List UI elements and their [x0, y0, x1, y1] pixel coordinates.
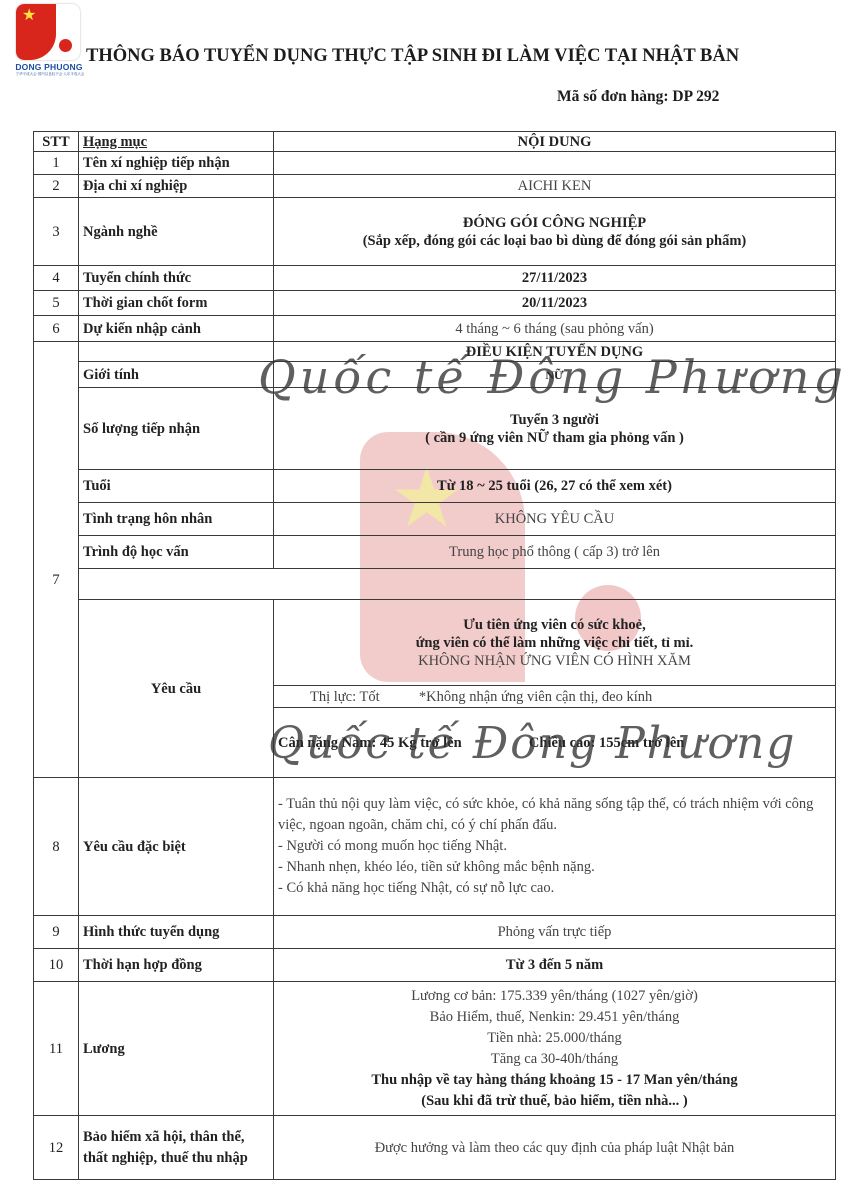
table-row: 3 Ngành nghề ĐÓNG GÓI CÔNG NGHIỆP (Sắp x… — [34, 198, 836, 266]
row-stt: 3 — [34, 198, 79, 266]
empty-cell — [79, 342, 274, 362]
header-stt: STT — [34, 132, 79, 152]
table-row: Tuổi Từ 18 ~ 25 tuổi (26, 27 có thể xem … — [34, 470, 836, 503]
row-category: Giới tính — [79, 362, 274, 388]
net-income: Thu nhập về tay hàng tháng khoảng 15 - 1… — [278, 1070, 831, 1091]
table-row: 6 Dự kiến nhập cảnh 4 tháng ~ 6 tháng (s… — [34, 316, 836, 342]
table-row: Trình độ học vấn Trung học phổ thông ( c… — [34, 536, 836, 569]
table-row: 2 Địa chỉ xí nghiệp AICHI KEN — [34, 175, 836, 198]
row-category: Yêu cầu — [79, 600, 274, 778]
marital-value: KHÔNG YÊU CẦU — [274, 503, 836, 536]
dot-icon — [59, 39, 72, 52]
row-category: Dự kiến nhập cảnh — [79, 316, 274, 342]
row-stt: 10 — [34, 949, 79, 982]
conditions-title: ĐIỀU KIỆN TUYỂN DỤNG — [274, 342, 836, 362]
special-line: - Tuân thủ nội quy làm việc, có sức khỏe… — [278, 794, 815, 836]
contract-value: Từ 3 đến 5 năm — [274, 949, 836, 982]
education-value: Trung học phổ thông ( cấp 3) trở lên — [274, 536, 836, 569]
table-row: 5 Thời gian chốt form 20/11/2023 — [34, 291, 836, 316]
row-content: AICHI KEN — [274, 175, 836, 198]
row-content — [274, 152, 836, 175]
salary-value: Lương cơ bản: 175.339 yên/tháng (1027 yê… — [274, 982, 836, 1116]
row-category: Bảo hiểm xã hội, thân thể, thất nghiệp, … — [79, 1116, 274, 1180]
row-content: 27/11/2023 — [274, 266, 836, 291]
star-icon: ★ — [22, 8, 36, 24]
row-stt: 4 — [34, 266, 79, 291]
row-category: Hình thức tuyển dụng — [79, 916, 274, 949]
table-row: 10 Thời hạn hợp đồng Từ 3 đến 5 năm — [34, 949, 836, 982]
quantity-note: ( cần 9 ứng viên NỮ tham gia phỏng vấn ) — [278, 429, 831, 447]
quantity-line: Tuyển 3 người — [278, 411, 831, 429]
net-income-note: (Sau khi đã trừ thuế, bảo hiểm, tiền nhà… — [278, 1091, 831, 1112]
row-category: Tuổi — [79, 470, 274, 503]
row-category: Tuyển chính thức — [79, 266, 274, 291]
conditions-title-row: 7 ĐIỀU KIỆN TUYỂN DỤNG — [34, 342, 836, 362]
table-row: 4 Tuyển chính thức 27/11/2023 — [34, 266, 836, 291]
table-row-empty — [34, 569, 836, 600]
requirement-line: KHÔNG NHẬN ỨNG VIÊN CÓ HÌNH XĂM — [278, 652, 831, 670]
special-line: - Người có mong muốn học tiếng Nhật. — [278, 836, 815, 857]
age-range: Từ 18 ~ 25 tuổi — [437, 478, 531, 494]
special-line: - Nhanh nhẹn, khéo léo, tiền sử không mắ… — [278, 857, 815, 878]
age-value: Từ 18 ~ 25 tuổi (26, 27 có thể xem xét) — [274, 470, 836, 503]
table-row: 9 Hình thức tuyển dụng Phỏng vấn trực ti… — [34, 916, 836, 949]
header-category: Hạng mục — [79, 132, 274, 152]
logo-name: DONG PHUONG — [14, 62, 84, 72]
row-stt: 9 — [34, 916, 79, 949]
weight-value: Cân nặng Nam: 45 Kg trở lên — [278, 735, 462, 751]
vision-note: *Không nhận ứng viên cận thị, đeo kính — [419, 689, 652, 705]
gender-value: NỮ — [274, 362, 836, 388]
table-row: 1 Tên xí nghiệp tiếp nhận — [34, 152, 836, 175]
row-category: Yêu cầu đặc biệt — [79, 778, 274, 916]
vision-label: Thị lực: Tốt — [310, 689, 380, 705]
row-content: ĐÓNG GÓI CÔNG NGHIỆP (Sắp xếp, đóng gói … — [274, 198, 836, 266]
row-content: 20/11/2023 — [274, 291, 836, 316]
table-row: 11 Lương Lương cơ bản: 175.339 yên/tháng… — [34, 982, 836, 1116]
row-category: Tình trạng hôn nhân — [79, 503, 274, 536]
row-content: 4 tháng ~ 6 tháng (sau phỏng vấn) — [274, 316, 836, 342]
empty-cell — [79, 569, 836, 600]
row-stt: 6 — [34, 316, 79, 342]
table-row: Số lượng tiếp nhận Tuyển 3 người ( cần 9… — [34, 388, 836, 470]
requirement-line: Ưu tiên ứng viên có sức khoẻ, — [278, 616, 831, 634]
recruitment-table: STT Hạng mục NỘI DUNG 1 Tên xí nghiệp ti… — [33, 131, 836, 1180]
row-stt: 8 — [34, 778, 79, 916]
insurance-value: Được hưởng và làm theo các quy định của … — [274, 1116, 836, 1180]
order-code: Mã số đơn hàng: DP 292 — [557, 88, 719, 106]
row-category: Số lượng tiếp nhận — [79, 388, 274, 470]
table-row: 12 Bảo hiểm xã hội, thân thể, thất nghiệ… — [34, 1116, 836, 1180]
header-content: NỘI DUNG — [274, 132, 836, 152]
row-category: Lương — [79, 982, 274, 1116]
salary-line: Tăng ca 30-40h/tháng — [278, 1049, 831, 1070]
quantity-value: Tuyển 3 người ( cần 9 ứng viên NỮ tham g… — [274, 388, 836, 470]
company-logo: ★ DONG PHUONG 宁华平成大会·国内以良轻不会·人乐平成大会 — [14, 4, 84, 76]
table-row: 8 Yêu cầu đặc biệt - Tuân thủ nội quy là… — [34, 778, 836, 916]
special-line: - Có khả năng học tiếng Nhật, có sự nỗ l… — [278, 878, 815, 899]
row-category: Tên xí nghiệp tiếp nhận — [79, 152, 274, 175]
salary-line: Tiền nhà: 25.000/tháng — [278, 1028, 831, 1049]
salary-line: Lương cơ bản: 175.339 yên/tháng (1027 yê… — [278, 986, 831, 1007]
body-value: Cân nặng Nam: 45 Kg trở lên Chiều cao: 1… — [274, 708, 836, 778]
row-category: Thời gian chốt form — [79, 291, 274, 316]
industry-description: (Sắp xếp, đóng gói các loại bao bì dùng … — [278, 232, 831, 250]
special-requirements: - Tuân thủ nội quy làm việc, có sức khỏe… — [274, 778, 836, 916]
row-stt: 12 — [34, 1116, 79, 1180]
row-stt: 7 — [34, 342, 79, 778]
row-stt: 1 — [34, 152, 79, 175]
row-stt: 11 — [34, 982, 79, 1116]
row-stt: 2 — [34, 175, 79, 198]
table-row: Tình trạng hôn nhân KHÔNG YÊU CẦU — [34, 503, 836, 536]
vision-value: Thị lực: Tốt *Không nhận ứng viên cận th… — [274, 686, 836, 708]
requirements-value: Ưu tiên ứng viên có sức khoẻ, ứng viên c… — [274, 600, 836, 686]
requirement-line: ứng viên có thể làm những việc chi tiết,… — [278, 634, 831, 652]
row-category: Trình độ học vấn — [79, 536, 274, 569]
table-header-row: STT Hạng mục NỘI DUNG — [34, 132, 836, 152]
row-category: Thời hạn hợp đồng — [79, 949, 274, 982]
salary-line: Bảo Hiểm, thuế, Nenkin: 29.451 yên/tháng — [278, 1007, 831, 1028]
logo-mark: ★ — [16, 4, 80, 60]
industry-title: ĐÓNG GÓI CÔNG NGHIỆP — [278, 214, 831, 232]
page-title: THÔNG BÁO TUYỂN DỤNG THỰC TẬP SINH ĐI LÀ… — [86, 46, 806, 67]
table-row: Yêu cầu Ưu tiên ứng viên có sức khoẻ, ứn… — [34, 600, 836, 686]
logo-tagline: 宁华平成大会·国内以良轻不会·人乐平成大会 — [14, 72, 86, 77]
recruit-form-value: Phỏng vấn trực tiếp — [274, 916, 836, 949]
table-row: Giới tính NỮ — [34, 362, 836, 388]
height-value: Chiều cao: 155cm trở lên — [529, 735, 684, 751]
row-stt: 5 — [34, 291, 79, 316]
row-category: Ngành nghề — [79, 198, 274, 266]
age-note: (26, 27 có thể xem xét) — [531, 478, 672, 494]
row-category: Địa chỉ xí nghiệp — [79, 175, 274, 198]
